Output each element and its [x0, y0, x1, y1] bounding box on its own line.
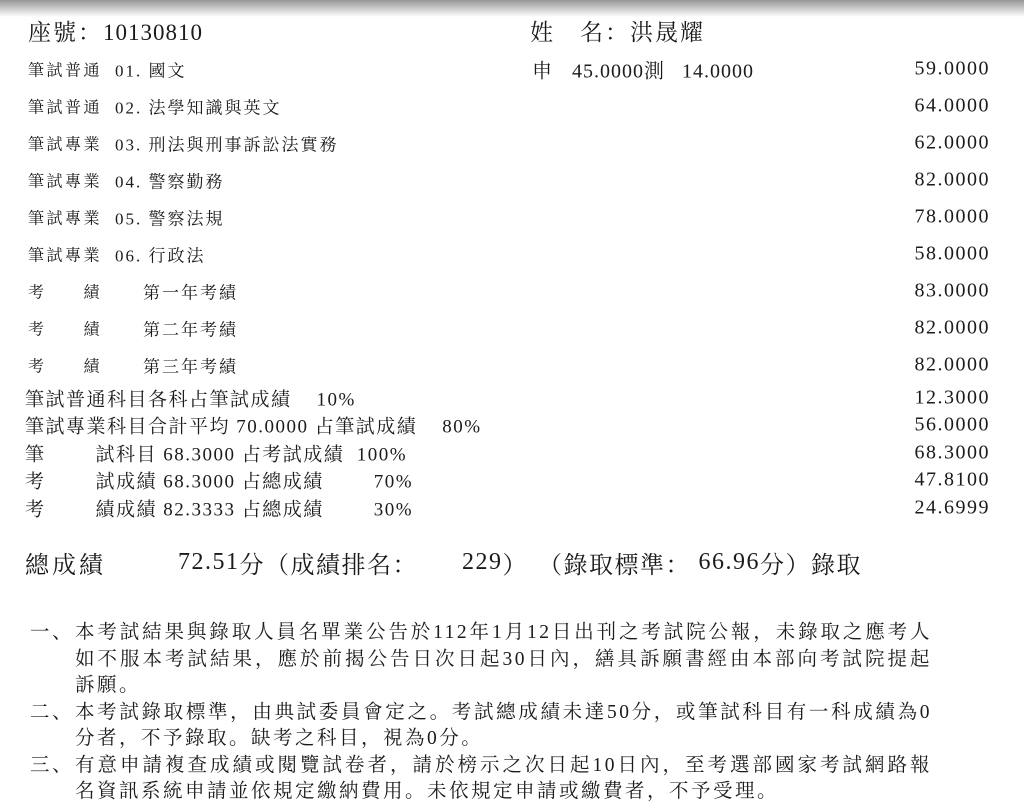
- summary-text: 考 績成績 82.3333 占總成績 30%: [25, 494, 413, 521]
- table-row: 筆試專業 03. 刑法與刑事訴訟法實務 62.0000: [0, 124, 1024, 161]
- summary-row: 筆試專業科目合計平均 70.0000 占筆試成績 80% 56.0000: [0, 412, 1024, 440]
- rank-value: 229: [462, 549, 503, 576]
- category-label: 筆試專業: [28, 131, 102, 154]
- summary-text: 筆試普通科目各科占筆試成績 10%: [25, 384, 356, 411]
- summary-text: 考 試成績 68.3000 占總成績 70%: [25, 467, 413, 494]
- essay-test-detail: 申45.0000測14.0000: [532, 54, 754, 83]
- subject-score: 58.0000: [915, 242, 991, 265]
- total-score-line: 總成績72.51分（成績排名：229）（錄取標準： 66.96分）錄取: [25, 544, 862, 580]
- essay-label: 申: [532, 60, 552, 82]
- total-score-value: 72.51: [178, 549, 240, 576]
- subject-score: 82.0000: [915, 316, 991, 339]
- note-text: 本考試錄取標準，由典試委員會定之。考試總成績未達50分，或筆試科目有一科成績為0…: [75, 700, 932, 753]
- subject-score: 82.0000: [915, 353, 991, 376]
- summary-value: 12.3000: [915, 386, 991, 409]
- summary-value: 68.3000: [915, 441, 991, 464]
- subject-label: 05. 警察法規: [115, 204, 225, 229]
- note-marker: 一、: [30, 620, 75, 700]
- summary-text: 筆試專業科目合計平均 70.0000 占筆試成績 80%: [25, 412, 482, 439]
- cutoff-open-label: （錄取標準：: [538, 545, 699, 580]
- category-label: 筆試專業: [28, 205, 102, 228]
- summary-value: 56.0000: [915, 414, 991, 437]
- footer-notes: 一、 本考試結果與錄取人員名單業公告於112年1月12日出刊之考試院公報，未錄取…: [30, 620, 932, 806]
- category-label: 筆試普通: [28, 57, 102, 80]
- summary-row: 考 績成績 82.3333 占總成績 30% 24.6999: [0, 494, 1024, 522]
- subject-score: 62.0000: [915, 131, 991, 154]
- table-row: 考 績 第一年考績 83.0000: [0, 272, 1024, 309]
- subject-label: 03. 刑法與刑事訴訟法實務: [115, 130, 339, 155]
- table-row: 考 績 第三年考績 82.0000: [0, 346, 1024, 383]
- seat-number-value: 10130810: [103, 20, 203, 45]
- category-label: 筆試普通: [28, 94, 102, 117]
- subject-label: 04. 警察勤務: [115, 167, 225, 192]
- subject-score: 59.0000: [915, 57, 991, 80]
- summary-value: 24.6999: [915, 496, 991, 519]
- rank-open-label: 分（成績排名：: [240, 545, 419, 580]
- summary-row: 考 試成績 68.3000 占總成績 70% 47.8100: [0, 467, 1024, 495]
- candidate-name-label: 姓 名：: [530, 20, 630, 45]
- candidate-name-value: 洪晟耀: [630, 20, 705, 45]
- seat-number-block: 座號：10130810: [28, 14, 203, 47]
- subject-score: 83.0000: [915, 279, 991, 302]
- category-label: 考 績: [28, 279, 102, 302]
- rank-close-label: ）: [503, 545, 529, 580]
- note-marker: 二、: [30, 700, 75, 753]
- subject-label: 02. 法學知識與英文: [115, 93, 282, 118]
- category-label: 考 績: [28, 316, 102, 339]
- table-row: 筆試普通 02. 法學知識與英文 64.0000: [0, 87, 1024, 124]
- subject-score: 78.0000: [915, 205, 991, 228]
- table-row: 考 績 第二年考績 82.0000: [0, 309, 1024, 346]
- subject-score: 64.0000: [915, 94, 991, 117]
- summary-section: 筆試普通科目各科占筆試成績 10% 12.3000 筆試專業科目合計平均 70.…: [0, 384, 1024, 522]
- score-table: 筆試普通 01. 國文 申45.0000測14.0000 59.0000 筆試普…: [0, 50, 1024, 383]
- summary-value: 47.8100: [915, 469, 991, 492]
- note-text: 有意申請複查成績或閱覽試卷者，請於榜示之次日起10日內，至考選部國家考試網路報名…: [75, 753, 932, 806]
- category-label: 考 績: [28, 353, 102, 376]
- total-score-label: 總成績: [25, 545, 106, 580]
- summary-row: 筆 試科目 68.3000 占考試成績 100% 68.3000: [0, 439, 1024, 467]
- note-item: 三、 有意申請複查成績或閱覽試卷者，請於榜示之次日起10日內，至考選部國家考試網…: [30, 753, 932, 806]
- table-row: 筆試普通 01. 國文 申45.0000測14.0000 59.0000: [0, 50, 1024, 87]
- cutoff-close-label: 分）: [760, 545, 811, 580]
- subject-label: 第一年考績: [143, 278, 238, 303]
- candidate-name-block: 姓 名：洪晟耀: [530, 14, 705, 47]
- essay-score: 45.0000: [572, 60, 644, 82]
- note-text: 本考試結果與錄取人員名單業公告於112年1月12日出刊之考試院公報，未錄取之應考…: [75, 620, 932, 700]
- summary-row: 筆試普通科目各科占筆試成績 10% 12.3000: [0, 384, 1024, 412]
- note-item: 一、 本考試結果與錄取人員名單業公告於112年1月12日出刊之考試院公報，未錄取…: [30, 620, 932, 700]
- subject-label: 第二年考績: [143, 315, 238, 340]
- note-marker: 三、: [30, 753, 75, 806]
- subject-label: 06. 行政法: [115, 241, 206, 266]
- category-label: 筆試專業: [28, 242, 102, 265]
- seat-number-label: 座號：: [28, 20, 103, 45]
- test-score: 14.0000: [682, 60, 754, 82]
- table-row: 筆試專業 06. 行政法 58.0000: [0, 235, 1024, 272]
- note-item: 二、 本考試錄取標準，由典試委員會定之。考試總成績未達50分，或筆試科目有一科成…: [30, 700, 932, 753]
- test-label: 測: [644, 60, 664, 82]
- subject-label: 01. 國文: [115, 56, 187, 81]
- subject-score: 82.0000: [915, 168, 991, 191]
- subject-label: 第三年考績: [143, 352, 238, 377]
- summary-text: 筆 試科目 68.3000 占考試成績 100%: [25, 439, 407, 466]
- table-row: 筆試專業 04. 警察勤務 82.0000: [0, 161, 1024, 198]
- cutoff-value: 66.96: [699, 549, 761, 576]
- admission-result: 錄取: [811, 545, 862, 580]
- category-label: 筆試專業: [28, 168, 102, 191]
- table-row: 筆試專業 05. 警察法規 78.0000: [0, 198, 1024, 235]
- report-header: 座號：10130810 姓 名：洪晟耀: [0, 14, 1024, 46]
